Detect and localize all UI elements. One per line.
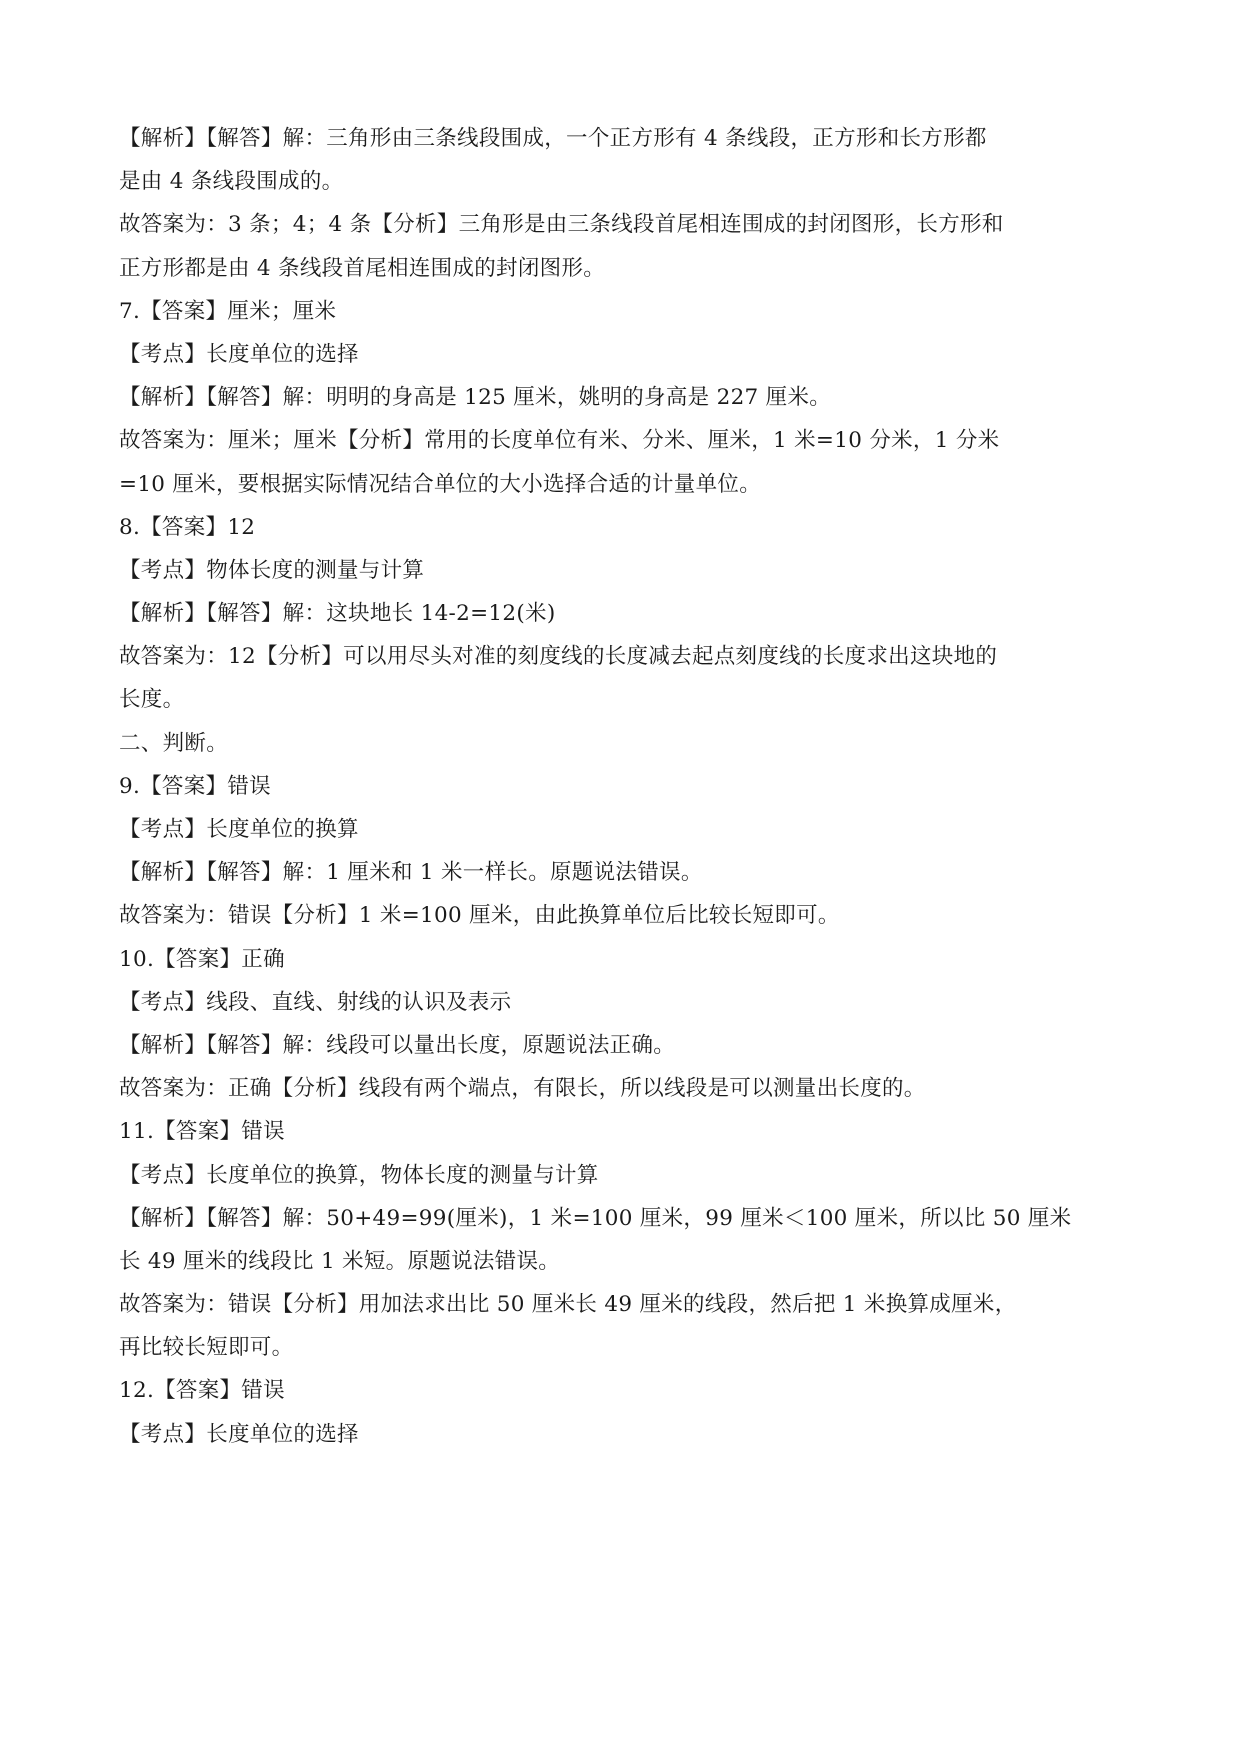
- answer-key-content: 【解析】【解答】解：三角形由三条线段围成，一个正方形有 4 条线段，正方形和长方…: [119, 117, 1121, 1456]
- q9-answer: 9.【答案】错误: [119, 765, 1121, 808]
- q12-topic: 【考点】长度单位的选择: [119, 1413, 1121, 1456]
- q11-answer-analysis-line-2: 再比较长短即可。: [119, 1326, 1121, 1369]
- q11-explanation-line-2: 长 49 厘米的线段比 1 米短。原题说法错误。: [119, 1240, 1121, 1283]
- q7-answer-analysis-line-2: =10 厘米，要根据实际情况结合单位的大小选择合适的计量单位。: [119, 463, 1121, 506]
- q12-answer: 12.【答案】错误: [119, 1369, 1121, 1412]
- q8-explanation: 【解析】【解答】解：这块地长 14-2=12(米): [119, 592, 1121, 635]
- q9-explanation: 【解析】【解答】解：1 厘米和 1 米一样长。原题说法错误。: [119, 851, 1121, 894]
- q6-answer-analysis-line-2: 正方形都是由 4 条线段首尾相连围成的封闭图形。: [119, 247, 1121, 290]
- q8-answer: 8.【答案】12: [119, 506, 1121, 549]
- q6-explanation-line-2: 是由 4 条线段围成的。: [119, 160, 1121, 203]
- q7-answer-analysis-line-1: 故答案为：厘米；厘米【分析】常用的长度单位有米、分米、厘米，1 米=10 分米，…: [119, 419, 1121, 462]
- q10-explanation: 【解析】【解答】解：线段可以量出长度，原题说法正确。: [119, 1024, 1121, 1067]
- q7-explanation: 【解析】【解答】解：明明的身高是 125 厘米，姚明的身高是 227 厘米。: [119, 376, 1121, 419]
- q8-answer-analysis-line-1: 故答案为：12【分析】可以用尽头对准的刻度线的长度减去起点刻度线的长度求出这块地…: [119, 635, 1121, 678]
- q6-answer-analysis-line-1: 故答案为：3 条；4；4 条【分析】三角形是由三条线段首尾相连围成的封闭图形，长…: [119, 203, 1121, 246]
- q11-explanation-line-1: 【解析】【解答】解：50+49=99(厘米)，1 米=100 厘米，99 厘米＜…: [119, 1197, 1121, 1240]
- q11-topic: 【考点】长度单位的换算，物体长度的测量与计算: [119, 1154, 1121, 1197]
- q7-answer: 7.【答案】厘米；厘米: [119, 290, 1121, 333]
- q10-answer-analysis: 故答案为：正确【分析】线段有两个端点，有限长，所以线段是可以测量出长度的。: [119, 1067, 1121, 1110]
- document-page: 【解析】【解答】解：三角形由三条线段围成，一个正方形有 4 条线段，正方形和长方…: [0, 0, 1241, 1754]
- section-heading-judgment: 二、判断。: [119, 722, 1121, 765]
- q8-answer-analysis-line-2: 长度。: [119, 678, 1121, 721]
- q8-topic: 【考点】物体长度的测量与计算: [119, 549, 1121, 592]
- q10-topic: 【考点】线段、直线、射线的认识及表示: [119, 981, 1121, 1024]
- q11-answer-analysis-line-1: 故答案为：错误【分析】用加法求出比 50 厘米长 49 厘米的线段，然后把 1 …: [119, 1283, 1121, 1326]
- q11-answer: 11.【答案】错误: [119, 1110, 1121, 1153]
- q6-explanation-line-1: 【解析】【解答】解：三角形由三条线段围成，一个正方形有 4 条线段，正方形和长方…: [119, 117, 1121, 160]
- q7-topic: 【考点】长度单位的选择: [119, 333, 1121, 376]
- q9-topic: 【考点】长度单位的换算: [119, 808, 1121, 851]
- q9-answer-analysis: 故答案为：错误【分析】1 米=100 厘米，由此换算单位后比较长短即可。: [119, 894, 1121, 937]
- q10-answer: 10.【答案】正确: [119, 938, 1121, 981]
